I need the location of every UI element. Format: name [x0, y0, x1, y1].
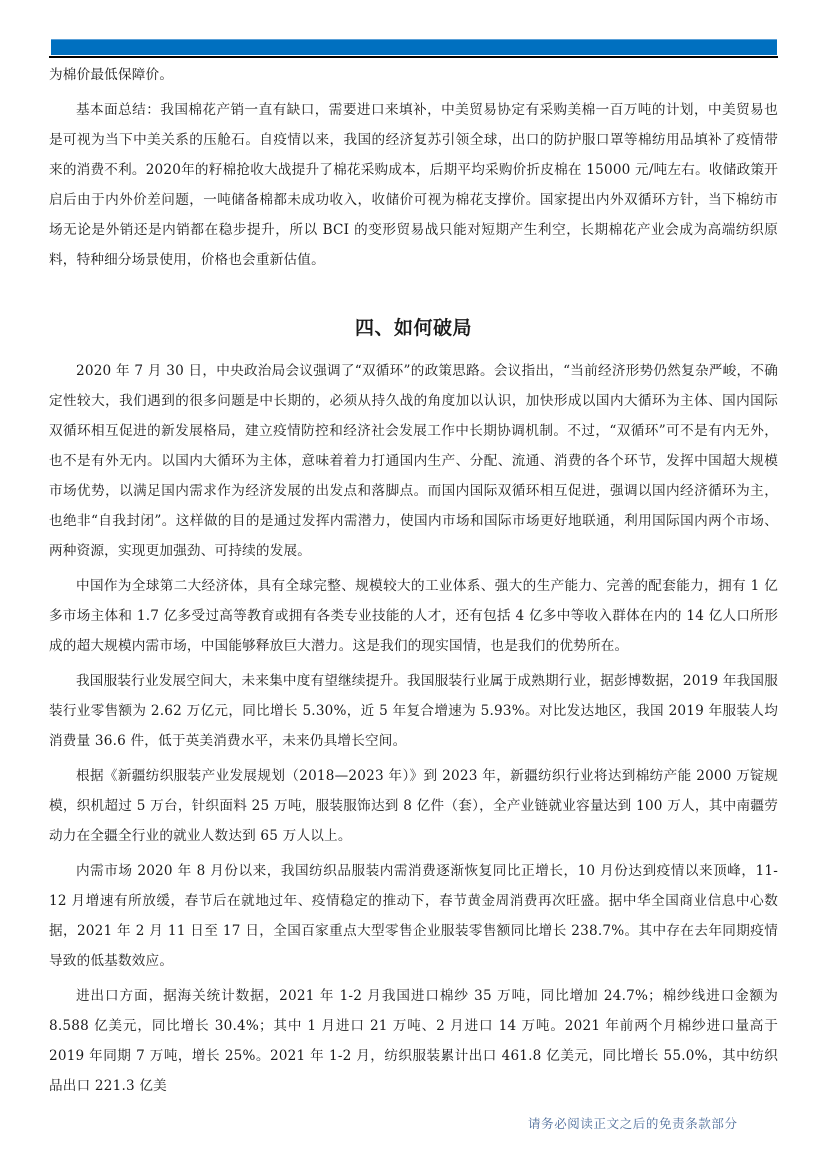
paragraph-import-export: 进出口方面，据海关统计数据，2021 年 1-2 月我国进口棉纱 35 万吨，同…	[49, 981, 778, 1101]
paragraph-domestic-demand: 内需市场 2020 年 8 月份以来，我国纺织品服装内需消费逐渐恢复同比正增长，…	[49, 856, 778, 976]
section-title: 四、如何破局	[49, 313, 778, 343]
continuation-text: 为棉价最低保障价。	[49, 60, 778, 90]
paragraph-dual-circulation: 2020 年 7 月 30 日，中央政治局会议强调了“双循环”的政策思路。会议指…	[49, 356, 778, 566]
disclaimer-footer: 请务必阅读正文之后的免责条款部分	[528, 1114, 738, 1132]
paragraph-xinjiang-plan: 根据《新疆纺织服装产业发展规划（2018—2023 年）》到 2023 年，新疆…	[49, 761, 778, 851]
summary-paragraph: 基本面总结：我国棉花产销一直有缺口，需要进口来填补，中美贸易协定有采购美棉一百万…	[49, 95, 778, 275]
header-rule	[49, 56, 778, 58]
paragraph-apparel-industry: 我国服装行业发展空间大，未来集中度有望继续提升。我国服装行业属于成熟期行业，据彭…	[49, 666, 778, 756]
page-body: 为棉价最低保障价。 基本面总结：我国棉花产销一直有缺口，需要进口来填补，中美贸易…	[49, 60, 778, 1101]
paragraph-china-economy: 中国作为全球第二大经济体，具有全球完整、规模较大的工业体系、强大的生产能力、完善…	[49, 571, 778, 661]
header-color-bar	[51, 39, 777, 55]
